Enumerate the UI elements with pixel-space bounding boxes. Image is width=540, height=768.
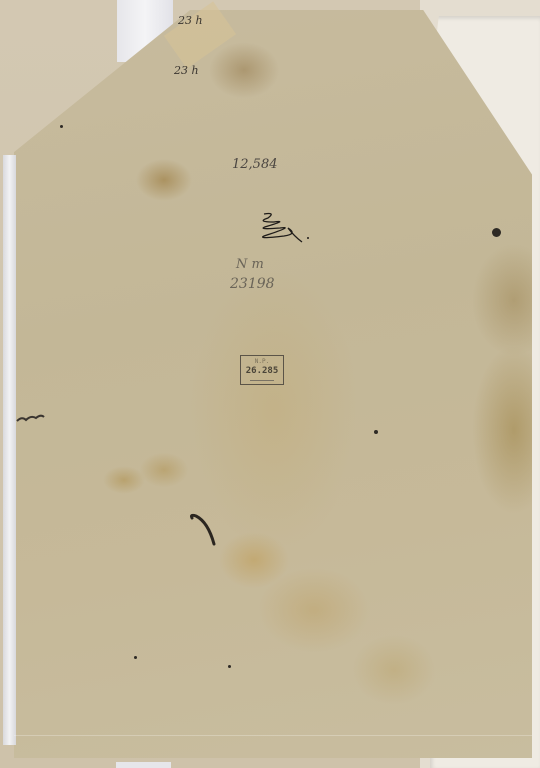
inscription-label: N m [236,257,264,272]
hinge-tape-left [3,155,16,745]
dark-speck [228,665,231,668]
dark-speck [60,125,63,128]
fold-line [14,735,532,736]
inscription-number-1: 12,584 [232,157,278,172]
dark-spot [492,228,501,237]
stamp-number: 26.285 [241,367,283,376]
inscription-top: 23 h [174,64,199,77]
stamp-rule [250,380,274,381]
collection-stamp: N.P. 26.285 [240,355,284,385]
dark-speck [134,656,137,659]
flourish-mark-icon [254,212,314,247]
dark-speck [374,430,378,434]
stamp-top-text: N.P. [241,359,283,365]
inscription-top-tape: 23 h [178,14,203,27]
hinge-tape-bottom [116,762,171,768]
ink-blot-icon [188,512,224,552]
ink-smudge-icon [16,412,46,426]
inscription-number-2: 23198 [230,276,275,292]
